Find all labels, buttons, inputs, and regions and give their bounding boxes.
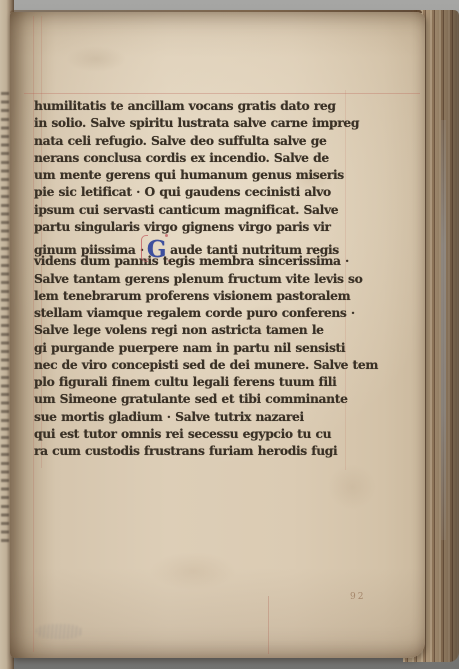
text-block: humilitatis te ancillam vocans gratis da… — [34, 97, 348, 459]
text-line: gi purgande puerpere nam in partu nil se… — [34, 339, 348, 356]
parchment-stain — [150, 552, 236, 590]
parchment-stain — [66, 46, 126, 72]
text-line: Salve lege volens regi non astricta tame… — [34, 321, 348, 338]
text-line: humilitatis te ancillam vocans gratis da… — [34, 97, 348, 114]
facing-page-text-showthrough — [1, 92, 9, 544]
text-line-with-initial: ginum piissima ·Gaude tanti nutritum reg… — [34, 235, 348, 252]
pencil-inscription — [36, 624, 82, 639]
text-line: nata celi refugio. Salve deo suffulta sa… — [34, 132, 348, 149]
parchment-stain — [328, 464, 376, 510]
text-line: partu singularis virgo gignens virgo par… — [34, 218, 348, 235]
fore-edge-gray-stripe — [441, 120, 446, 540]
text-line: plo figurali finem cultu legali ferens t… — [34, 373, 348, 390]
folio-number: 92 — [350, 592, 365, 602]
text-line: in solio. Salve spiritu lustrata salve c… — [34, 114, 348, 131]
text-line: ipsum cui servasti canticum magnificat. … — [34, 201, 348, 218]
text-line: um Simeone gratulante sed et tibi commin… — [34, 390, 348, 407]
manuscript-photo: humilitatis te ancillam vocans gratis da… — [0, 0, 459, 669]
text-line: stellam viamque regalem corde puro confe… — [34, 304, 348, 321]
text-line: um mente gerens qui humanum genus miseri… — [34, 166, 348, 183]
text-line: nec de viro concepisti sed de dei munere… — [34, 356, 348, 373]
text-line: Salve tantam gerens plenum fructum vite … — [34, 270, 348, 287]
text-line: nerans conclusa cordis ex incendio. Salv… — [34, 149, 348, 166]
text-line: sue mortis gladium · Salve tutrix nazare… — [34, 408, 348, 425]
text-line: pie sic letificat · O qui gaudens cecini… — [34, 183, 348, 200]
text-line: qui est tutor omnis rei secessu egypcio … — [34, 425, 348, 442]
illuminated-initial: G — [147, 238, 166, 261]
text-line: ra cum custodis frustrans furiam herodis… — [34, 442, 348, 459]
text-line: lem tenebrarum proferens visionem pastor… — [34, 287, 348, 304]
text-line: videns dum pannis tegis membra sinceriss… — [34, 252, 348, 269]
